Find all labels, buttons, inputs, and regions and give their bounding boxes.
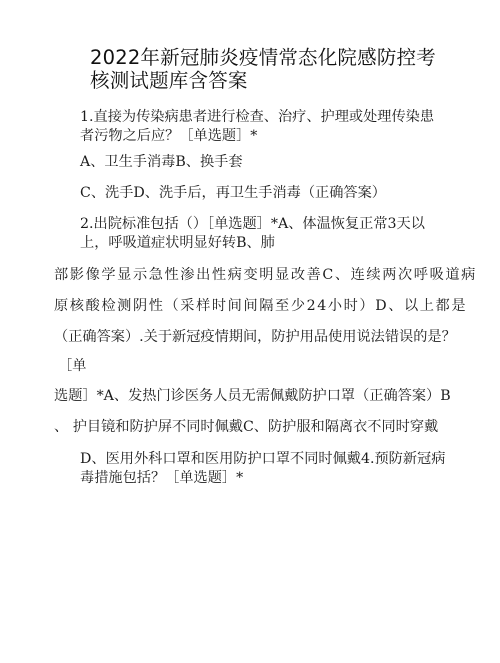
- question-1-line-1: 1.直接为传染病患者进行检查、治疗、护理或处理传染患: [80, 107, 434, 127]
- question-1-options-cd: C、洗手D、洗手后，再卫生手消毒（正确答案）: [80, 183, 386, 203]
- question-3-line-4: 、 护目镜和防护屏不同时佩戴C、防护服和隔离衣不同时穿戴: [54, 417, 438, 437]
- question-2-line-1: 2.出院标准包括（）［单选题］*A、体温恢复正常3天以: [80, 214, 425, 234]
- document-title: 2022年新冠肺炎疫情常态化院感防控考 核测试题库含答案: [90, 46, 450, 92]
- question-3-line-2: ［单: [58, 356, 86, 376]
- question-4-line-1: 毒措施包括？［单选题］*: [80, 468, 243, 488]
- title-line-2: 核测试题库含答案: [90, 69, 450, 92]
- question-1-line-2: 者污物之后应？［单选题］*: [80, 126, 257, 146]
- question-2-line-4: 原核酸检测阴性（采样时间间隔至少24小时）D、以上都是: [54, 296, 467, 316]
- question-1-options-ab: A、卫生手消毒B、换手套: [80, 152, 243, 172]
- question-3-line-3: 选题］*A、发热门诊医务人员无需佩戴防护口罩（正确答案）B: [54, 386, 451, 406]
- question-3-option-d: D、医用外科口罩和医用防护口罩不同时佩戴4.预防新冠病: [80, 449, 445, 469]
- question-2-line-2: 上，呼吸道症状明显好转B、肺: [80, 233, 275, 253]
- question-2-line-3: 部影像学显示急性渗出性病变明显改善C、连续两次呼吸道病: [54, 265, 477, 285]
- title-line-1: 2022年新冠肺炎疫情常态化院感防控考: [90, 46, 450, 69]
- question-3-line-1: （正确答案）.关于新冠疫情期间，防护用品使用说法错误的是？: [54, 327, 456, 347]
